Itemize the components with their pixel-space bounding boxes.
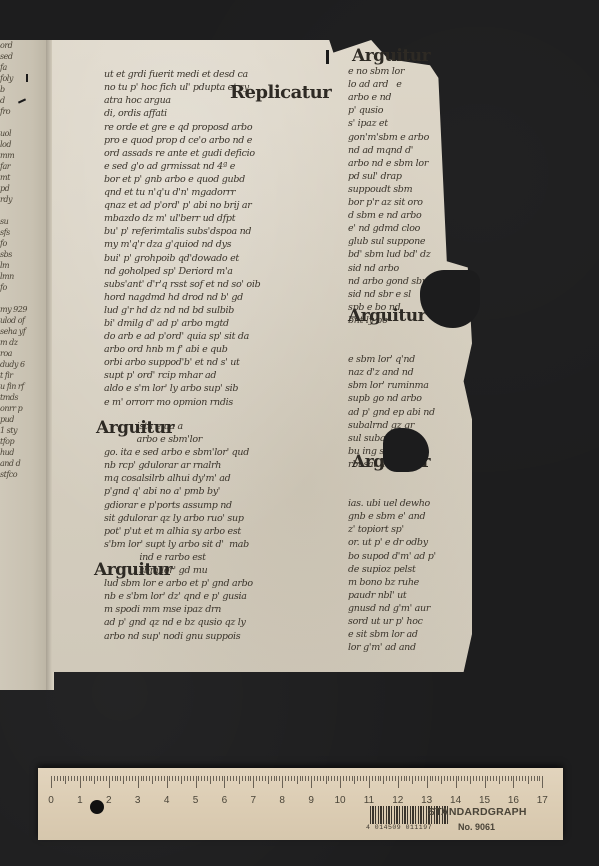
ruler-tick — [458, 776, 459, 781]
ruler-tick — [317, 776, 318, 781]
ruler-tick — [262, 776, 263, 781]
ruler-tick — [406, 776, 407, 781]
ruler-tick — [196, 776, 197, 788]
ruler-tick — [438, 776, 439, 781]
ruler-tick — [499, 776, 500, 784]
ruler-tick — [487, 776, 488, 781]
ruler-label: 16 — [508, 795, 519, 806]
ruler-tick — [314, 776, 315, 781]
ruler-brand: STANDARDGRAPH — [428, 806, 527, 818]
ruler-tick — [233, 776, 234, 781]
ruler-tick — [383, 776, 384, 784]
ruler-tick — [323, 776, 324, 781]
ruler-tick — [519, 776, 520, 781]
ruler-tick — [453, 776, 454, 781]
ruler-tick — [357, 776, 358, 781]
ruler-tick — [398, 776, 399, 788]
ruler-tick — [412, 776, 413, 784]
ruler-tick — [80, 776, 81, 788]
ruler-tick — [207, 776, 208, 781]
ruler-tick — [63, 776, 64, 781]
ruler-tick — [268, 776, 269, 784]
ruler-tick — [461, 776, 462, 781]
ruler-tick — [141, 776, 142, 781]
ruler-label: 13 — [421, 795, 432, 806]
ruler-tick — [201, 776, 202, 781]
ruler-tick — [239, 776, 240, 784]
ruler-tick — [198, 776, 199, 781]
left-leaf-text: ord sed fa foly b d fro uol lod mm far m… — [0, 40, 44, 480]
ruler-tick — [430, 776, 431, 781]
ruler-tick — [444, 776, 445, 781]
ruler-tick — [161, 776, 162, 781]
ruler-tick — [470, 776, 471, 784]
ruler-tick — [352, 776, 353, 781]
ruler-tick — [513, 776, 514, 788]
ruler-tick — [409, 776, 410, 781]
ruler-tick — [89, 776, 90, 781]
ruler-tick — [354, 776, 355, 784]
ruler-tick — [60, 776, 61, 781]
ruler-tick — [386, 776, 387, 781]
ruler-tick — [343, 776, 344, 781]
ruler-tick — [441, 776, 442, 784]
ruler-tick — [366, 776, 367, 781]
ruler-tick — [496, 776, 497, 781]
ruler-tick — [210, 776, 211, 784]
ruler-tick — [259, 776, 260, 781]
ruler-tick — [337, 776, 338, 781]
ruler-tick — [395, 776, 396, 781]
ruler-label: 15 — [479, 795, 490, 806]
ruler-tick — [525, 776, 526, 781]
ruler-tick — [97, 776, 98, 781]
ruler-tick — [528, 776, 529, 784]
ruler-tick — [360, 776, 361, 781]
ruler-tick — [181, 776, 182, 784]
ruler-hang-hole — [90, 800, 104, 814]
ruler-tick — [109, 776, 110, 788]
ruler-tick — [94, 776, 95, 784]
ruler-tick — [447, 776, 448, 781]
ruler-label: 9 — [308, 795, 314, 806]
ruler-tick — [502, 776, 503, 781]
ruler-tick — [51, 776, 52, 788]
ruler-tick — [378, 776, 379, 781]
ruler-tick — [389, 776, 390, 781]
ruler-tick — [71, 776, 72, 781]
ruler-tick — [534, 776, 535, 781]
ruler-tick — [129, 776, 130, 781]
ruler-tick — [331, 776, 332, 781]
ink-mark — [326, 50, 329, 64]
ruler-tick — [308, 776, 309, 781]
ruler-tick — [158, 776, 159, 781]
right-column-text: e no sbm lor lo ad ard e arbo e nd p' qu… — [348, 52, 470, 652]
ruler-tick — [302, 776, 303, 781]
ruler-tick — [537, 776, 538, 781]
ruler-tick — [57, 776, 58, 781]
ruler-tick — [282, 776, 283, 788]
ruler-tick — [172, 776, 173, 781]
ruler-tick — [305, 776, 306, 781]
ruler-label: 7 — [251, 795, 257, 806]
ruler-label: 5 — [193, 795, 199, 806]
left-column-upper-text: ut et grdi fuerit medi et desd ca no tu … — [104, 68, 330, 408]
ruler-tick — [175, 776, 176, 781]
ruler-label: 10 — [334, 795, 345, 806]
ruler-tick — [346, 776, 347, 781]
rubric-arguitur-mid-left: Arguitur — [96, 418, 174, 438]
ruler-tick — [482, 776, 483, 781]
ruler-tick — [363, 776, 364, 781]
ruler-tick — [187, 776, 188, 781]
ruler-tick — [250, 776, 251, 781]
ruler-model: No. 9061 — [458, 822, 495, 832]
ruler-tick — [193, 776, 194, 781]
ruler-tick — [219, 776, 220, 781]
ruler-tick — [279, 776, 280, 781]
ruler-tick — [146, 776, 147, 781]
ruler-tick — [103, 776, 104, 781]
ruler-tick — [539, 776, 540, 781]
ruler-tick — [450, 776, 451, 781]
rubric-arguitur-mid-right: Arguitur — [348, 306, 426, 326]
ruler-label: 2 — [106, 795, 112, 806]
ruler-tick — [415, 776, 416, 781]
ruler-tick — [392, 776, 393, 781]
ruler-tick — [138, 776, 139, 788]
ruler-tick — [86, 776, 87, 781]
ruler-tick — [91, 776, 92, 781]
ruler-tick — [511, 776, 512, 781]
ruler-tick — [516, 776, 517, 781]
ruler-tick — [456, 776, 457, 788]
ruler-tick — [167, 776, 168, 788]
ruler-tick — [117, 776, 118, 781]
ruler-tick — [349, 776, 350, 781]
ruler-tick — [493, 776, 494, 781]
ruler-tick — [334, 776, 335, 781]
ruler-tick — [227, 776, 228, 781]
ruler-ticks: 01234567891011121314151617 — [51, 776, 543, 796]
ruler-tick — [236, 776, 237, 781]
ruler-tick — [476, 776, 477, 781]
ruler-tick — [421, 776, 422, 781]
ruler-tick — [155, 776, 156, 781]
ruler-tick — [149, 776, 150, 781]
ruler-tick — [68, 776, 69, 781]
ruler-tick — [106, 776, 107, 781]
ruler-tick — [418, 776, 419, 781]
ruler-tick — [320, 776, 321, 781]
ruler-tick — [83, 776, 84, 781]
ruler-tick — [508, 776, 509, 781]
ruler-tick — [300, 776, 301, 781]
ruler-label: 6 — [222, 795, 228, 806]
ruler-tick — [115, 776, 116, 781]
ruler-label: 8 — [279, 795, 285, 806]
ruler-label: 14 — [450, 795, 461, 806]
ruler-tick — [380, 776, 381, 781]
ruler-tick — [222, 776, 223, 781]
ruler-tick — [432, 776, 433, 781]
ruler-label: 0 — [48, 795, 54, 806]
ruler-tick — [123, 776, 124, 784]
ruler-tick — [328, 776, 329, 781]
ruler-tick — [291, 776, 292, 781]
ruler-tick — [285, 776, 286, 781]
rubric-arguitur-top-right: Arguitur — [352, 46, 430, 66]
ruler-label: 12 — [392, 795, 403, 806]
ruler-tick — [184, 776, 185, 781]
ruler-tick — [65, 776, 66, 784]
ruler-label: 11 — [364, 795, 374, 806]
scale-ruler: 01234567891011121314151617 4 014509 0111… — [38, 768, 563, 840]
ruler-tick — [224, 776, 225, 788]
ruler-tick — [340, 776, 341, 788]
ruler-tick — [424, 776, 425, 781]
ruler-tick — [401, 776, 402, 781]
ruler-tick — [473, 776, 474, 781]
ruler-tick — [54, 776, 55, 781]
ruler-tick — [100, 776, 101, 781]
ruler-tick — [479, 776, 480, 781]
ruler-tick — [143, 776, 144, 781]
ruler-tick — [245, 776, 246, 781]
ruler-tick — [542, 776, 543, 788]
rubric-replicatur: Replicatur — [230, 82, 331, 103]
ruler-tick — [77, 776, 78, 781]
ruler-tick — [126, 776, 127, 781]
ruler-tick — [213, 776, 214, 781]
ruler-tick — [216, 776, 217, 781]
ruler-tick — [375, 776, 376, 781]
ruler-tick — [152, 776, 153, 784]
ruler-tick — [112, 776, 113, 781]
ruler-tick — [531, 776, 532, 781]
ruler-tick — [427, 776, 428, 788]
ruler-tick — [271, 776, 272, 781]
ruler-tick — [294, 776, 295, 781]
ruler-tick — [464, 776, 465, 781]
ruler-tick — [369, 776, 370, 788]
ruler-tick — [204, 776, 205, 781]
ruler-label: 3 — [135, 795, 141, 806]
ruler-tick — [274, 776, 275, 781]
ruler-tick — [326, 776, 327, 784]
ruler-tick — [288, 776, 289, 781]
ruler-tick — [135, 776, 136, 781]
ruler-tick — [265, 776, 266, 781]
ruler-tick — [230, 776, 231, 781]
left-column-lower-text: ista e ua a arbo e sbm'lor go. ita e sed… — [104, 420, 332, 660]
ruler-tick — [490, 776, 491, 781]
ruler-tick — [256, 776, 257, 781]
ruler-tick — [522, 776, 523, 781]
ruler-tick — [253, 776, 254, 788]
ruler-tick — [372, 776, 373, 781]
ruler-tick — [276, 776, 277, 781]
ruler-tick — [178, 776, 179, 781]
ruler-tick — [505, 776, 506, 781]
ruler-tick — [311, 776, 312, 788]
ruler-tick — [435, 776, 436, 781]
barcode-number: 4 014509 011197 — [366, 824, 432, 831]
rubric-arguitur-lower-left: Arguitur — [94, 560, 172, 580]
ruler-tick — [120, 776, 121, 781]
ruler-tick — [485, 776, 486, 788]
ruler-tick — [248, 776, 249, 781]
ruler-label: 4 — [164, 795, 170, 806]
left-facing-leaf: ord sed fa foly b d fro uol lod mm far m… — [0, 40, 46, 690]
ruler-tick — [404, 776, 405, 781]
ruler-tick — [74, 776, 75, 781]
ruler-label: 17 — [537, 795, 548, 806]
ruler-tick — [467, 776, 468, 781]
ruler-tick — [132, 776, 133, 781]
ruler-tick — [164, 776, 165, 781]
parchment-damage-hole — [383, 428, 429, 472]
ruler-label: 1 — [77, 795, 83, 806]
ruler-tick — [297, 776, 298, 784]
ruler-tick — [169, 776, 170, 781]
ruler-tick — [242, 776, 243, 781]
ink-mark — [26, 74, 28, 82]
ruler-tick — [190, 776, 191, 781]
